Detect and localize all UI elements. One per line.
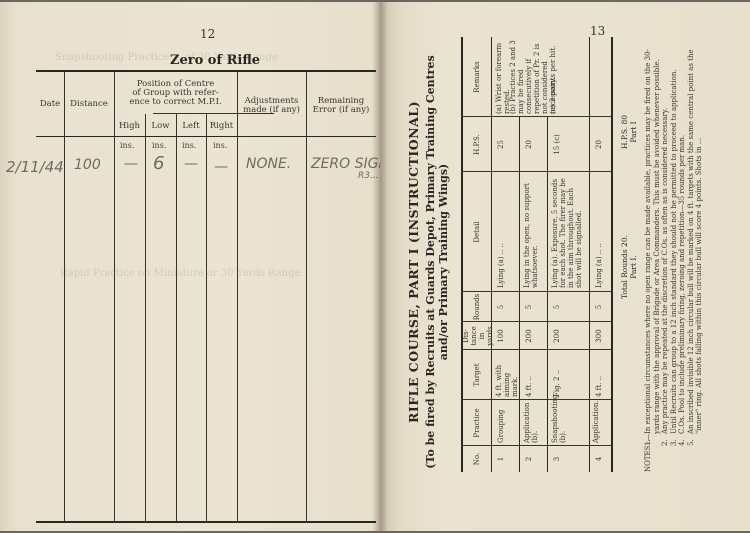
- column-divider: [461, 116, 611, 117]
- cell-hps: 20: [595, 117, 603, 172]
- cell-detail: Lying (a) .. ..: [497, 176, 505, 288]
- cell-distance: 200: [525, 322, 533, 350]
- cell-practice: Grouping: [497, 401, 505, 443]
- total-line: Total Rounds 20.: [620, 212, 629, 322]
- total-line: H.P.S. 80: [620, 102, 629, 162]
- note-text: In exceptional circumstances where no op…: [644, 49, 661, 434]
- note-item: 2. Any practice may be repeated at the d…: [661, 32, 670, 472]
- table-rule: [461, 37, 463, 472]
- header-detail: Detail: [473, 172, 481, 292]
- remark: (c) 3 points per hit.: [549, 38, 557, 114]
- note-number: 3.: [670, 439, 679, 446]
- header-remaining-error: Remaining Error (if any): [306, 97, 376, 115]
- table-rule: [36, 521, 376, 523]
- header-line: ence to correct M.P.I.: [114, 98, 237, 107]
- unit-label: ins.: [213, 141, 227, 150]
- unit-label: ins.: [182, 141, 196, 150]
- total-rounds: Total Rounds 20. Part I.: [620, 212, 638, 322]
- column-divider: [176, 114, 177, 521]
- header-position-group: Position of Centre of Group with refer- …: [114, 80, 237, 107]
- cell-no: 1: [497, 446, 505, 472]
- header-distance: Dis- tance in yards: [462, 322, 494, 350]
- note-text: An inscribed invisible 12 inch circular …: [687, 49, 704, 434]
- page-subtitle: (To be fired by Recruits at Guards Depot…: [424, 42, 450, 482]
- cell-rounds: 5: [553, 292, 561, 322]
- note-text: Any practice may be repeated at the disc…: [661, 108, 669, 434]
- cell-hps: 15 (c): [553, 117, 561, 172]
- column-divider: [461, 291, 611, 292]
- table-rule: [491, 37, 492, 472]
- header-practice: Practice: [473, 400, 481, 446]
- header-target: Target: [473, 350, 481, 400]
- subtitle-line: (To be fired by Recruits at Guards Depot…: [424, 42, 437, 482]
- cell-rounds: 5: [497, 292, 505, 322]
- rifle-course-table: No. Practice Target Dis- tance in yards …: [461, 37, 616, 472]
- note-item: 1. In exceptional circumstances where no…: [644, 32, 661, 472]
- header-hps: H.P.S.: [473, 117, 481, 172]
- cell-hps: 25: [497, 117, 505, 172]
- unit-label: ins.: [152, 141, 166, 150]
- cell-rounds: 5: [595, 292, 603, 322]
- cell-practice: Snapshooting (b).: [551, 401, 567, 443]
- cell-practice: Application.: [592, 401, 600, 443]
- cell-detail: Lying (a) .. ..: [595, 176, 603, 288]
- cell-detail: Lying (a). Exposure, 5 seconds for each …: [551, 176, 583, 288]
- table-rule: [611, 37, 613, 472]
- header-adjustments: Adjustments made (if any): [237, 97, 306, 115]
- note-item: 3. Until Recruits can group to a 12 inch…: [670, 32, 679, 472]
- note-text: Until Recruits can group to a 12 inch st…: [670, 69, 678, 434]
- header-no: No.: [473, 446, 481, 472]
- handwritten-date[interactable]: 2/11/44: [6, 158, 64, 176]
- cell-target: 4 ft. ..: [595, 351, 603, 397]
- notes-section: NOTES :— 1. In exceptional circumstances…: [644, 32, 704, 472]
- handwritten-left[interactable]: —: [184, 156, 198, 172]
- cell-practice: Application (b).: [523, 401, 539, 443]
- header-right: Right: [206, 122, 237, 131]
- cell-hps: 20: [525, 117, 533, 172]
- book-gutter: [372, 2, 388, 531]
- cell-no: 4: [595, 446, 603, 472]
- note-number: 4.: [678, 439, 687, 446]
- note-item: 5. An inscribed invisible 12 inch circul…: [687, 32, 704, 472]
- column-divider: [461, 399, 611, 400]
- cell-no: 3: [553, 446, 561, 472]
- header-line: made (if any): [237, 106, 306, 115]
- table-rule: [36, 70, 376, 72]
- handwritten-high[interactable]: —: [124, 156, 138, 172]
- subtitle-line: and/or Primary Training Wings): [437, 42, 450, 482]
- header-low: Low: [145, 122, 176, 131]
- column-divider: [306, 72, 307, 521]
- column-divider: [145, 114, 146, 521]
- header-line: Dis-: [462, 322, 470, 350]
- column-divider: [206, 114, 207, 521]
- right-page: 13 RIFLE COURSE, PART I (INSTRUCTIONAL) …: [380, 2, 750, 531]
- handwritten-low[interactable]: 6: [153, 153, 164, 174]
- column-divider: [461, 171, 611, 172]
- header-high: High: [114, 122, 145, 131]
- handwritten-right[interactable]: —: [214, 159, 228, 175]
- cell-distance: 100: [497, 322, 505, 350]
- rotated-content: RIFLE COURSE, PART I (INSTRUCTIONAL) (To…: [388, 32, 750, 502]
- cell-target: Fig. 2 ..: [553, 351, 561, 397]
- handwritten-adjustments[interactable]: NONE.: [246, 156, 291, 172]
- total-line: Part I: [629, 102, 638, 162]
- cell-target: 4 ft. with aiming mark.: [495, 351, 519, 397]
- column-divider: [114, 72, 115, 521]
- handwritten-remaining-error[interactable]: ZERO SIGHT: [311, 156, 380, 172]
- cell-no: 2: [525, 446, 533, 472]
- hps-total: H.P.S. 80 Part I: [620, 102, 638, 162]
- cell-rounds: 5: [525, 292, 533, 322]
- column-divider: [237, 72, 238, 521]
- page-title: RIFLE COURSE, PART I (INSTRUCTIONAL): [406, 42, 421, 482]
- page-number: 12: [200, 27, 215, 41]
- column-divider: [64, 72, 65, 521]
- note-number: 2.: [661, 439, 670, 446]
- header-distance: Distance: [64, 100, 114, 109]
- note-text: C.Os. Pool to include preliminary firing…: [678, 135, 686, 434]
- note-number: 5.: [687, 439, 696, 446]
- booklet-spread: Snapshooting Practice ... of 30 Yards Ra…: [0, 2, 750, 531]
- header-line: in: [478, 322, 486, 350]
- header-line: yards: [486, 322, 494, 350]
- table-rule: [589, 37, 590, 472]
- header-rounds: Rounds: [473, 292, 481, 322]
- header-date: Date: [36, 100, 64, 109]
- note-item: 4. C.Os. Pool to include preliminary fir…: [678, 32, 687, 472]
- column-divider: [461, 445, 611, 446]
- page-title: Zero of Rifle: [170, 53, 260, 68]
- header-remarks: Remarks: [473, 37, 481, 117]
- total-line: Part I.: [629, 212, 638, 322]
- cell-distance: 300: [595, 322, 603, 350]
- header-line: tance: [470, 322, 478, 350]
- unit-label: ins.: [120, 141, 134, 150]
- handwritten-distance[interactable]: 100: [74, 157, 101, 173]
- cell-detail: Lying in the open, no support whatsoever…: [523, 176, 539, 288]
- left-page: Snapshooting Practice ... of 30 Yards Ra…: [0, 2, 380, 531]
- cell-target: 4 ft. ..: [525, 351, 533, 397]
- zero-of-rifle-table: Date Distance Position of Centre of Grou…: [36, 70, 376, 524]
- note-number: 1.: [644, 439, 653, 446]
- header-line: Error (if any): [306, 106, 376, 115]
- cell-distance: 200: [553, 322, 561, 350]
- header-left: Left: [176, 122, 206, 131]
